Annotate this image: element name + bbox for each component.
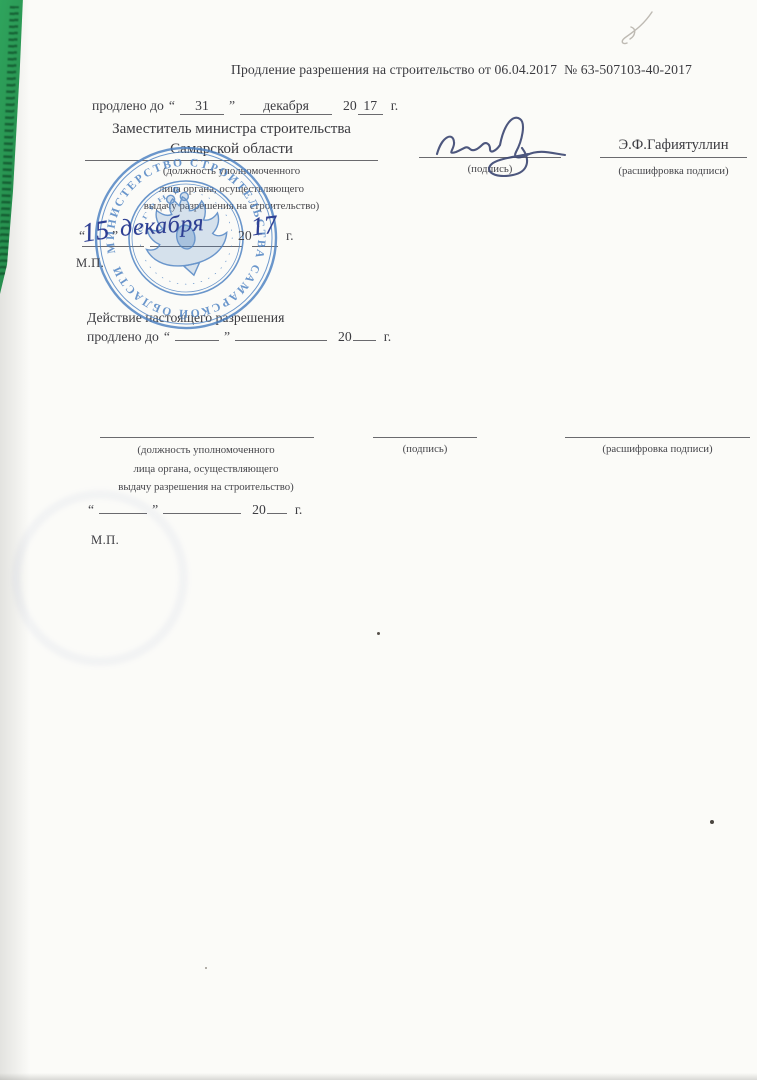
- blank-year-field: [267, 513, 287, 514]
- stamp-place-abbr-2: М.П.: [91, 533, 119, 548]
- document-title: Продление разрешения на строительство от…: [231, 62, 692, 78]
- stamp-place-abbr-1: М.П.: [76, 256, 104, 271]
- year-unit: г.: [391, 98, 399, 114]
- name-caption: (расшифровка подписи): [600, 163, 747, 181]
- open-quote: “: [169, 98, 175, 114]
- extension-month-value: декабря: [240, 98, 332, 115]
- blank-month-field: [235, 340, 327, 341]
- faint-stamp-ghost: [12, 490, 188, 666]
- blank-position-caption: (должность уполномоченного лица органа, …: [88, 441, 324, 497]
- blank-position-line: [100, 437, 314, 438]
- blank-signature-caption: (подпись): [360, 441, 490, 459]
- century-prefix: 20: [338, 329, 352, 345]
- year-unit: г.: [384, 329, 392, 345]
- blank-extension-row: продлено до “ ” 20 г.: [87, 329, 391, 345]
- handwritten-signature: [425, 110, 575, 180]
- blank-name-line: [565, 437, 750, 438]
- scan-speck: [377, 632, 380, 635]
- position-caption-line1: (должность уполномоченного: [88, 441, 324, 460]
- blank-month-field: [163, 513, 241, 514]
- position-line1: Заместитель министра строительства: [85, 120, 378, 140]
- extension-year-value: 17: [358, 98, 383, 115]
- year-unit: г.: [295, 502, 303, 518]
- scan-speck: [710, 820, 714, 824]
- date-close-quote: ”: [112, 228, 118, 244]
- open-quote: “: [164, 329, 170, 345]
- blank-year-field: [353, 340, 376, 341]
- close-quote: ”: [229, 98, 235, 114]
- blank-signature-line: [373, 437, 477, 438]
- blank-day-field: [175, 340, 219, 341]
- century-prefix: 20: [252, 502, 266, 518]
- close-quote: ”: [224, 329, 230, 345]
- scan-speck: [205, 967, 207, 969]
- pencil-scribble-mark: [586, 6, 670, 58]
- bottom-edge-shadow: [0, 1073, 757, 1080]
- century-prefix: 20: [343, 98, 357, 114]
- signatory-name: Э.Ф.Гафиятуллин: [600, 137, 747, 158]
- date-year-unit: г.: [286, 228, 294, 244]
- extension-day-value: 31: [180, 98, 224, 115]
- handwritten-year: 17: [249, 210, 278, 243]
- extension-label: продлено до: [92, 98, 164, 114]
- handwritten-day: 15: [80, 214, 112, 249]
- extension-filled-row: продлено до “ 31 ” декабря 20 17 г.: [92, 98, 398, 115]
- position-caption-line2: лица органа, осуществляющего: [88, 460, 324, 479]
- date-century: 20: [238, 228, 252, 244]
- blank-name-caption: (расшифровка подписи): [565, 441, 750, 459]
- scanned-document: { "title": "Продление разрешения на стро…: [0, 0, 757, 1080]
- blank-extension-label: продлено до: [87, 329, 159, 345]
